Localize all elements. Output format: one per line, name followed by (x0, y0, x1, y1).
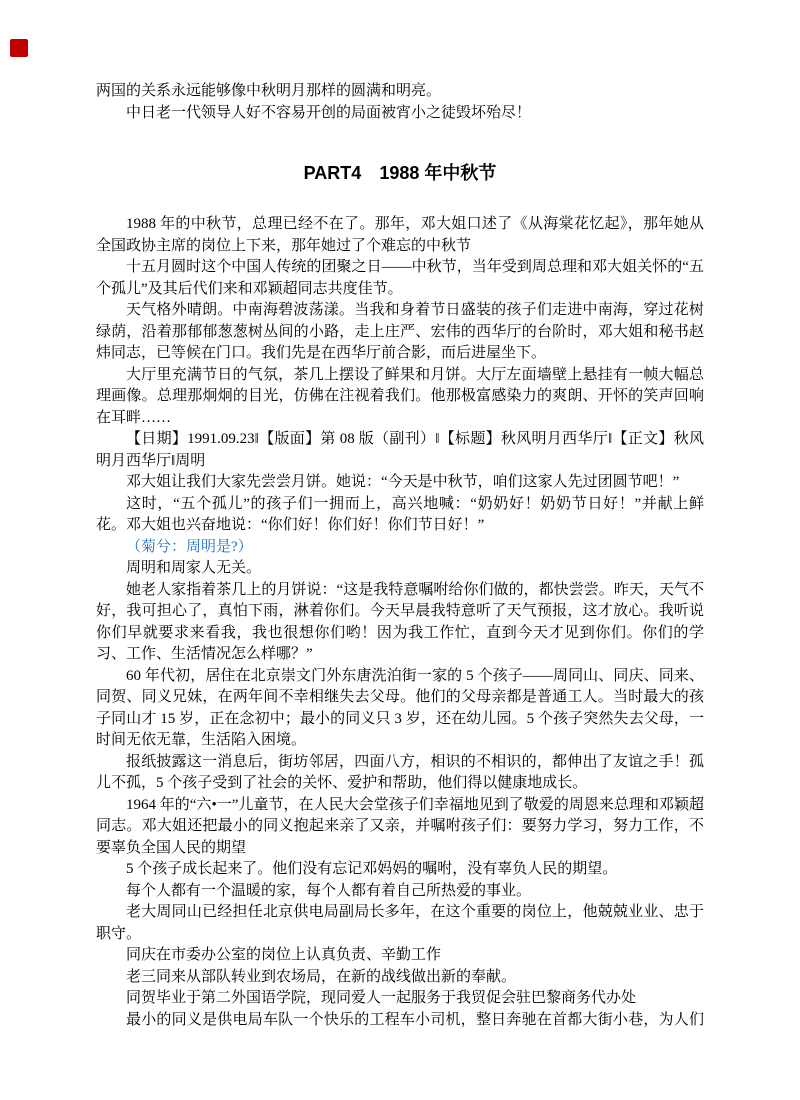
paragraph: 同庆在市委办公室的岗位上认真负责、辛勤工作 (96, 945, 704, 967)
paragraph: 中日老一代领导人好不容易开创的局面被宵小之徒毁坏殆尽！ (96, 103, 704, 125)
paragraph: 每个人都有一个温暖的家，每个人都有着自己所热爱的事业。 (96, 881, 704, 903)
paragraph: 1988 年的中秋节，总理已经不在了。那年，邓大姐口述了《从海棠花忆起》，那年她… (96, 214, 704, 257)
metadata-line: 【日期】1991.09.23‖【版面】第 08 版（副刊）‖【标题】秋风明月西华… (96, 429, 704, 472)
annotation-note: （菊兮：周明是?） (96, 537, 704, 559)
red-corner-marker (10, 39, 28, 57)
paragraph: 周明和周家人无关。 (96, 558, 704, 580)
paragraph: 5 个孩子成长起来了。他们没有忘记邓妈妈的嘱咐，没有辜负人民的期望。 (96, 859, 704, 881)
paragraph: 这时，“五个孤儿”的孩子们一拥而上，高兴地喊：“奶奶好！奶奶节日好！”并献上鲜花… (96, 494, 704, 537)
paragraph: 她老人家指着茶几上的月饼说：“这是我特意嘱咐给你们做的，都快尝尝。昨天，天气不好… (96, 580, 704, 666)
section-heading: PART4 1988 年中秋节 (96, 160, 704, 186)
paragraph: 同贺毕业于第二外国语学院，现同爱人一起服务于我贸促会驻巴黎商务代办处 (96, 988, 704, 1010)
paragraph: 报纸披露这一消息后，街坊邻居，四面八方，相识的不相识的，都伸出了友谊之手！孤儿不… (96, 752, 704, 795)
document-body: 两国的关系永远能够像中秋明月那样的圆满和明亮。 中日老一代领导人好不容易开创的局… (96, 81, 704, 1031)
paragraph: 60 年代初，居住在北京崇文门外东唐洗泊街一家的 5 个孩子——周同山、同庆、同… (96, 666, 704, 752)
paragraph: 天气格外晴朗。中南海碧波荡漾。当我和身着节日盛装的孩子们走进中南海，穿过花树绿荫… (96, 300, 704, 365)
document-page: 两国的关系永远能够像中秋明月那样的圆满和明亮。 中日老一代领导人好不容易开创的局… (0, 0, 800, 1100)
paragraph: 邓大姐让我们大家先尝尝月饼。她说：“今天是中秋节，咱们这家人先过团圆节吧！” (96, 472, 704, 494)
paragraph: 1964 年的“六•一”儿童节，在人民大会堂孩子们幸福地见到了敬爱的周恩来总理和… (96, 795, 704, 860)
paragraph: 最小的同义是供电局车队一个快乐的工程车小司机，整日奔驰在首都大街小巷，为人们 (96, 1010, 704, 1032)
paragraph: 老大周同山已经担任北京供电局副局长多年，在这个重要的岗位上，他兢兢业业、忠于职守… (96, 902, 704, 945)
paragraph: 两国的关系永远能够像中秋明月那样的圆满和明亮。 (96, 81, 704, 103)
paragraph: 老三同来从部队转业到农场局，在新的战线做出新的奉献。 (96, 967, 704, 989)
paragraph: 十五月圆时这个中国人传统的团聚之日——中秋节，当年受到周总理和邓大姐关怀的“五个… (96, 257, 704, 300)
paragraph: 大厅里充满节日的气氛，茶几上摆设了鲜果和月饼。大厅左面墙壁上悬挂有一帧大幅总理画… (96, 365, 704, 430)
